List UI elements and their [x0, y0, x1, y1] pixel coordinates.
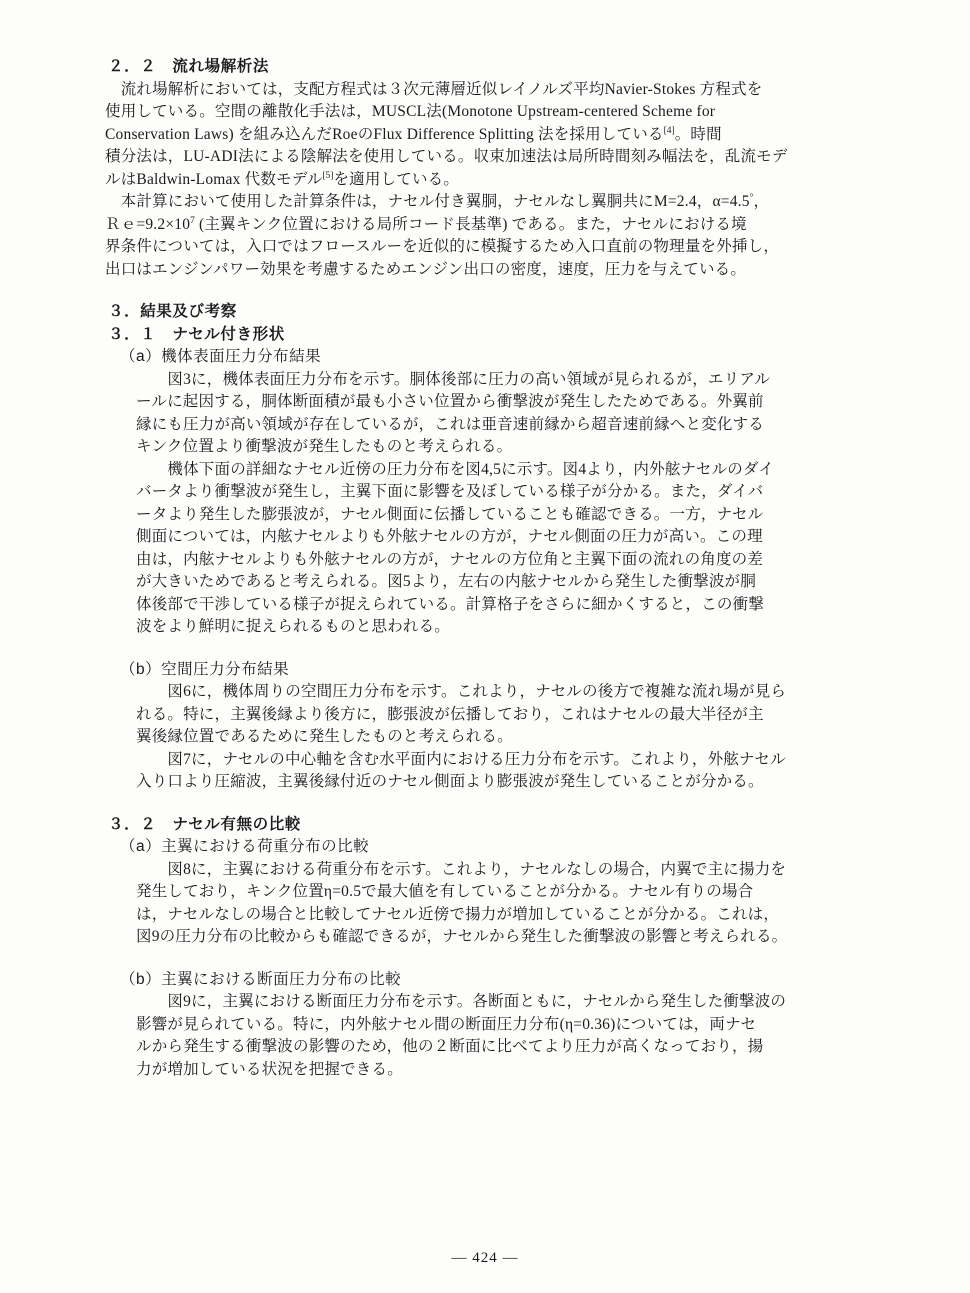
text-line: Conservation Laws) を組み込んだRoeのFlux Differ…: [105, 124, 905, 147]
text-line: ３．１ ナセル付き形状: [108, 324, 905, 347]
text-line: 側面については，内舷ナセルよりも外舷ナセルの方が，ナセル側面の圧力が高い。この理: [136, 526, 905, 549]
text-line: 積分法は，LU-ADI法による陰解法を使用している。収束加速法は局所時間刻み幅法…: [105, 146, 905, 169]
text-line: 流れ場解析においては，支配方程式は３次元薄層近似レイノルズ平均Navier-St…: [105, 79, 905, 102]
subheading-3-1-a: （a）機体表面圧力分布結果: [120, 346, 905, 369]
text-line: 縁にも圧力が高い領域が存在しているが，これは亜音速前縁から超音速前縁へと変化する: [136, 414, 905, 437]
text-line: （b）主翼における断面圧力分布の比較: [120, 969, 905, 992]
subheading-3-1-b: （b）空間圧力分布結果: [120, 659, 905, 682]
text-line: 波をより鮮明に捉えられるものと思われる。: [136, 616, 905, 639]
text-line: （b）空間圧力分布結果: [120, 659, 905, 682]
page-number: — 424 —: [0, 1250, 970, 1267]
text-line: ３．結果及び考察: [108, 301, 905, 324]
text-line: （a）機体表面圧力分布結果: [120, 346, 905, 369]
text-line: 翼後縁位置であるために発生したものと考えられる。: [136, 726, 905, 749]
text-line: 発生しており，キンク位置η=0.5で最大値を有していることが分かる。ナセル有りの…: [136, 881, 905, 904]
text-line: 由は，内舷ナセルよりも外舷ナセルの方が，ナセルの方位角と主翼下面の流れの角度の差: [136, 549, 905, 572]
paragraph-flow-solver-method: 流れ場解析においては，支配方程式は３次元薄層近似レイノルズ平均Navier-St…: [105, 79, 905, 192]
text-line: 図7に，ナセルの中心軸を含む水平面内における圧力分布を示す。これより，外舷ナセル: [136, 749, 905, 772]
paragraph-spatial-pressure-results: 図6に，機体周りの空間圧力分布を示す。これより，ナセルの後方で複雑な流れ場が見ら…: [136, 681, 905, 794]
text-line: ータより発生した膨張波が，ナセル側面に伝播していることも確認できる。一方，ナセル: [136, 504, 905, 527]
superscript: 7: [190, 215, 195, 225]
section-heading-3-2: ３．２ ナセル有無の比較: [108, 814, 905, 837]
text-line: が大きいためであると考えられる。図5より，左右の内舷ナセルから発生した衝撃波が胴: [136, 571, 905, 594]
text-line: ールに起因する，胴体断面積が最も小さい位置から衝撃波が発生したためである。外翼前: [136, 391, 905, 414]
text-line: 入り口より圧縮波，主翼後縁付近のナセル側面より膨張波が発生していることが分かる。: [136, 771, 905, 794]
text-line: ルから発生する衝撃波の影響のため，他の２断面に比べてより圧力が高くなっており，揚: [136, 1036, 905, 1059]
section-heading-3-1: ３．１ ナセル付き形状: [108, 324, 905, 347]
text-line: ２．２ 流れ場解析法: [108, 56, 905, 79]
text-line: 本計算において使用した計算条件は，ナセル付き翼胴，ナセルなし翼胴共にM=2.4，…: [105, 191, 905, 214]
text-line: 使用している。空間の離散化手法は，MUSCL法(Monotone Upstrea…: [105, 101, 905, 124]
paragraph-surface-pressure-results: 図3に，機体表面圧力分布を示す。胴体後部に圧力の高い領域が見られるが，エリアルー…: [136, 369, 905, 639]
text-line: 影響が見られている。特に，内外舷ナセル間の断面圧力分布(η=0.36)については…: [136, 1014, 905, 1037]
text-line: 界条件については，入口ではフロースルーを近似的に模擬するため入口直前の物理量を外…: [105, 236, 905, 259]
text-line: バータより衝撃波が発生し，主翼下面に影響を及ぼしている様子が分かる。また，ダイバ: [136, 481, 905, 504]
text-line: 図3に，機体表面圧力分布を示す。胴体後部に圧力の高い領域が見られるが，エリアル: [136, 369, 905, 392]
scanned-paper-page: ２．２ 流れ場解析法 流れ場解析においては，支配方程式は３次元薄層近似レイノルズ…: [0, 0, 970, 1293]
subheading-3-2-b: （b）主翼における断面圧力分布の比較: [120, 969, 905, 992]
text-line: 図9の圧力分布の比較からも確認できるが，ナセルから発生した衝撃波の影響と考えられ…: [136, 926, 905, 949]
text-line: は，ナセルなしの場合と比較してナセル近傍で揚力が増加していることが分かる。これは…: [136, 904, 905, 927]
text-line: 体後部で干渉している様子が捉えられている。計算格子をさらに細かくすると，この衝撃: [136, 594, 905, 617]
text-line: 力が増加している状況を把握できる。: [136, 1059, 905, 1082]
text-line: 出口はエンジンパワー効果を考慮するためエンジン出口の密度，速度，圧力を与えている…: [105, 259, 905, 282]
superscript: [4]: [664, 125, 675, 135]
paragraph-computation-conditions: 本計算において使用した計算条件は，ナセル付き翼胴，ナセルなし翼胴共にM=2.4，…: [105, 191, 905, 281]
superscript: [5]: [322, 170, 333, 180]
text-line: 図8に，主翼における荷重分布を示す。これより，ナセルなしの場合，内翼で主に揚力を: [136, 859, 905, 882]
text-line: キンク位置より衝撃波が発生したものと考えられる。: [136, 436, 905, 459]
text-line: 機体下面の詳細なナセル近傍の圧力分布を図4,5に示す。図4より，内外舷ナセルのダ…: [136, 459, 905, 482]
section-heading-2-2: ２．２ 流れ場解析法: [108, 56, 905, 79]
paragraph-load-distribution-comparison: 図8に，主翼における荷重分布を示す。これより，ナセルなしの場合，内翼で主に揚力を…: [136, 859, 905, 949]
superscript: °: [750, 193, 754, 203]
text-line: ルはBaldwin-Lomax 代数モデル[5]を適用している。: [105, 169, 905, 192]
text-line: ３．２ ナセル有無の比較: [108, 814, 905, 837]
text-line: れる。特に，主翼後縁より後方に，膨張波が伝播しており，これはナセルの最大半径が主: [136, 704, 905, 727]
section-heading-3: ３．結果及び考察: [108, 301, 905, 324]
subheading-3-2-a: （a）主翼における荷重分布の比較: [120, 836, 905, 859]
document-content: ２．２ 流れ場解析法 流れ場解析においては，支配方程式は３次元薄層近似レイノルズ…: [105, 56, 905, 1081]
text-line: （a）主翼における荷重分布の比較: [120, 836, 905, 859]
paragraph-section-pressure-comparison: 図9に，主翼における断面圧力分布を示す。各断面ともに，ナセルから発生した衝撃波の…: [136, 991, 905, 1081]
text-line: Ｒｅ=9.2×107 (主翼キンク位置における局所コード長基準) である。また，…: [105, 214, 905, 237]
text-line: 図9に，主翼における断面圧力分布を示す。各断面ともに，ナセルから発生した衝撃波の: [136, 991, 905, 1014]
text-line: 図6に，機体周りの空間圧力分布を示す。これより，ナセルの後方で複雑な流れ場が見ら: [136, 681, 905, 704]
